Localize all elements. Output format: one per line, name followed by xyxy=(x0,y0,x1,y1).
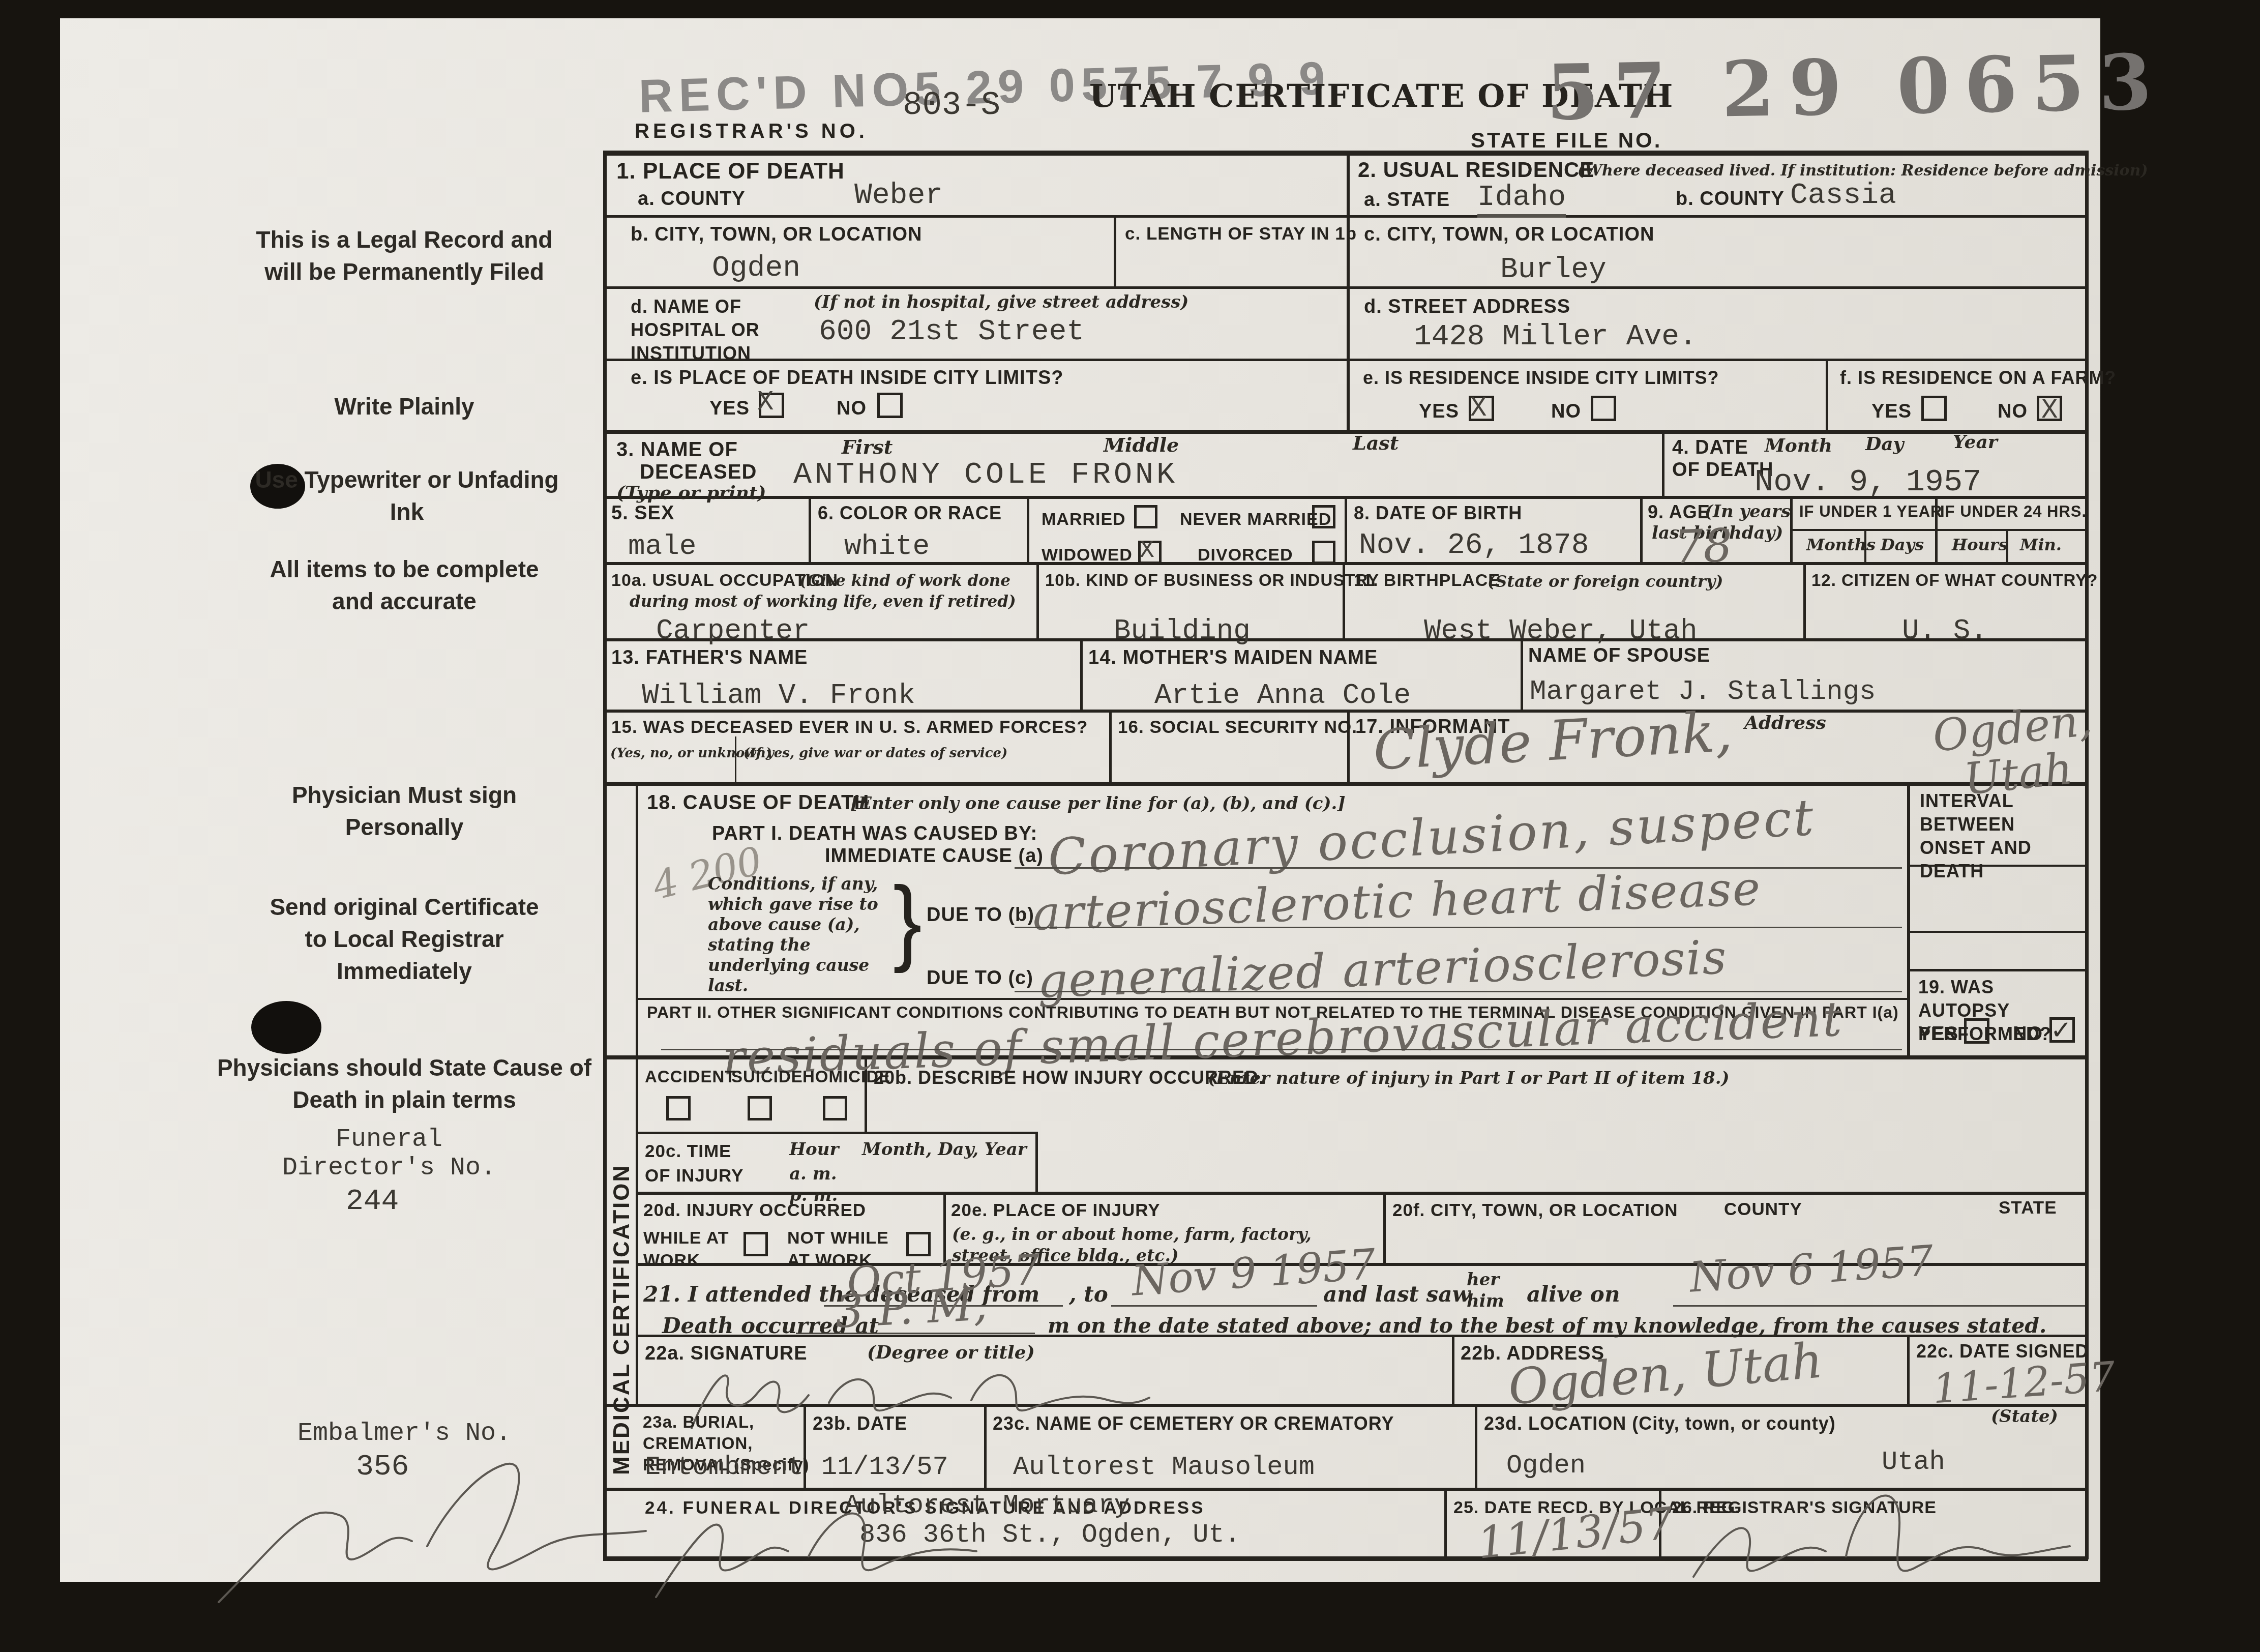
line xyxy=(1907,782,1910,1056)
s6-label: 6. COLOR OR RACE xyxy=(818,503,1002,524)
s13-label: 13. FATHER'S NAME xyxy=(611,647,808,669)
s23c-value: Aultorest Mausoleum xyxy=(1013,1452,1315,1482)
under1-head: IF UNDER 1 YEAR xyxy=(1799,503,1942,521)
funeral-director-no-value: 244 xyxy=(346,1185,399,1218)
s19-no-checkbox: ✓ xyxy=(2049,1017,2075,1043)
s4-year-label: Year xyxy=(1953,431,1998,453)
s1e-yes-label: YES xyxy=(709,398,750,420)
s18-due-c-label: DUE TO (c) xyxy=(927,967,1033,989)
s16-label: 16. SOCIAL SECURITY NO. xyxy=(1118,717,1357,737)
line xyxy=(603,151,2088,156)
s12-value: U. S. xyxy=(1902,614,1987,647)
s23d-state-hint: (State) xyxy=(1991,1406,2058,1427)
s20d-notwhile-checkbox xyxy=(906,1232,931,1256)
line xyxy=(603,286,2088,289)
s7-widowed-checkbox: X xyxy=(1138,541,1162,564)
s1e-no-label: NO xyxy=(837,398,867,420)
s2-heading-hint: (Where deceased lived. If institution: R… xyxy=(1578,162,2148,180)
s3-value: ANTHONY COLE FRONK xyxy=(793,458,1178,492)
line xyxy=(603,359,2088,361)
embalmer-no-label: Embalmer's No. xyxy=(298,1419,511,1448)
margin-note-send-original: Send original Certificate to Local Regis… xyxy=(262,891,547,987)
s1b-label: b. CITY, TOWN, OR LOCATION xyxy=(631,224,922,246)
s21-him-label: him xyxy=(1467,1291,1504,1311)
check-mark: ✓ xyxy=(2052,1012,2070,1048)
s1e-label: e. IS PLACE OF DEATH INSIDE CITY LIMITS? xyxy=(631,367,1063,389)
line xyxy=(1080,638,1083,712)
s1a-label: a. COUNTY xyxy=(638,188,746,210)
s7-never-married-label: NEVER MARRIED xyxy=(1180,510,1331,529)
s7-widowed-label: WIDOWED xyxy=(1042,545,1133,565)
s6-value: white xyxy=(844,530,930,563)
s23b-value: 11/13/57 xyxy=(821,1452,948,1482)
s23d-city-value: Ogden xyxy=(1506,1451,1586,1481)
s4-month-label: Month xyxy=(1765,435,1832,456)
s18-immediate-label: IMMEDIATE CAUSE (a) xyxy=(825,845,1044,867)
x-mark: X xyxy=(757,387,774,418)
s1a-value: Weber xyxy=(854,179,943,212)
s21-time-value: 3 P. M, xyxy=(834,1278,989,1338)
s1d-value: 600 21st Street xyxy=(819,315,1084,348)
state-file-number-stamp: 57 29 0653 xyxy=(1545,37,2167,137)
x-mark: X xyxy=(1140,537,1154,565)
s20f-county-label: COUNTY xyxy=(1724,1199,1802,1220)
s1b-value: Ogden xyxy=(712,252,800,285)
s3-label2: DECEASED xyxy=(640,461,757,484)
s7-divorced-checkbox xyxy=(1312,541,1335,564)
line xyxy=(1826,359,1828,432)
line xyxy=(1790,529,2088,531)
s2f-no-label: NO xyxy=(1998,401,2028,423)
s8-value: Nov. 26, 1878 xyxy=(1359,529,1589,562)
s1-heading: 1. PLACE OF DEATH xyxy=(616,159,845,184)
s9-value: 78 xyxy=(1673,519,1733,574)
s1d-label: d. NAME OF HOSPITAL OR INSTITUTION xyxy=(631,295,798,365)
s18-part1-label: PART I. DEATH WAS CAUSED BY: xyxy=(712,823,1037,845)
spouse-label: NAME OF SPOUSE xyxy=(1528,645,1710,667)
medical-certification-label: MEDICAL CERTIFICATION xyxy=(609,1164,635,1475)
s3-middle-label: Middle xyxy=(1104,433,1179,456)
funeral-director-no-label: Funeral xyxy=(336,1125,442,1154)
margin-note-plain-terms: Physicians should State Cause of Death i… xyxy=(211,1052,598,1116)
state-file-label: STATE FILE NO. xyxy=(1471,128,1662,153)
line xyxy=(1111,1305,1317,1307)
s20c-mdy-label: Month, Day, Year xyxy=(862,1139,1027,1160)
s21-causes-text: m on the date stated above; and to the b… xyxy=(1048,1313,2046,1338)
death-certificate-scan: This is a Legal Record and will be Perma… xyxy=(0,0,2260,1652)
s14-value: Artie Anna Cole xyxy=(1154,679,1411,712)
s2b-label: b. COUNTY xyxy=(1676,188,1785,210)
s3-first-label: First xyxy=(842,435,893,458)
line xyxy=(603,782,2088,786)
s20b-hint: (Enter nature of injury in Part I or Par… xyxy=(1208,1068,1730,1088)
line xyxy=(1114,215,1116,289)
margin-note-typewriter: Use Typewriter or Unfading Ink xyxy=(244,464,570,528)
line xyxy=(1015,867,1902,869)
line xyxy=(1907,931,2088,933)
x-mark: X xyxy=(2041,395,2058,426)
s20a-suicide-label: SUICIDE xyxy=(731,1067,803,1086)
margin-note-write-plainly: Write Plainly xyxy=(239,391,570,423)
line xyxy=(1109,710,1112,784)
line xyxy=(636,1192,2088,1195)
s18-bracket: [Enter only one cause per line for (a), … xyxy=(850,793,1346,814)
s19-yes-checkbox xyxy=(1964,1018,1989,1044)
line xyxy=(1452,1335,1454,1405)
line xyxy=(796,1333,1035,1334)
funeral-director-signature xyxy=(646,1495,1002,1607)
s2e-label: e. IS RESIDENCE INSIDE CITY LIMITS? xyxy=(1363,367,1719,389)
s2f-yes-checkbox xyxy=(1921,396,1947,421)
embalmer-signature xyxy=(188,1455,687,1607)
s21-aliveon-text: alive on xyxy=(1527,1282,1620,1307)
s15-label: 15. WAS DECEASED EVER IN U. S. ARMED FOR… xyxy=(611,717,1088,737)
s2d-value: 1428 Miller Ave. xyxy=(1414,320,1697,353)
s20f-state-label: STATE xyxy=(1999,1198,2057,1218)
s20c-label: 20c. TIME OF INJURY xyxy=(645,1139,762,1188)
s2d-label: d. STREET ADDRESS xyxy=(1364,296,1570,318)
s2e-no-checkbox xyxy=(1591,396,1616,421)
line xyxy=(809,496,811,565)
line xyxy=(1347,151,1350,433)
under1-months-label: Months xyxy=(1806,535,1876,554)
under1-days-label: Days xyxy=(1881,535,1924,554)
line xyxy=(603,638,2088,641)
s21-to-text: , to xyxy=(1069,1282,1108,1307)
line xyxy=(1475,1404,1477,1489)
s13-value: William V. Fronk xyxy=(642,679,915,712)
s2-heading: 2. USUAL RESIDENCE xyxy=(1358,158,1594,182)
s20d-while-checkbox xyxy=(744,1232,768,1256)
line xyxy=(636,782,638,1404)
registrars-no-label: REGISTRAR'S NO. xyxy=(635,120,868,143)
s23c-label: 23c. NAME OF CEMETERY OR CREMATORY xyxy=(993,1413,1394,1434)
s10a-hint1: (Give kind of work done xyxy=(799,572,1010,590)
line xyxy=(1345,496,1347,565)
s18-label: 18. CAUSE OF DEATH xyxy=(647,791,869,814)
s3-label3: (Type or print) xyxy=(616,482,766,504)
s2b-value: Cassia xyxy=(1790,179,1896,212)
s4-day-label: Day xyxy=(1865,433,1904,455)
s7-married-label: MARRIED xyxy=(1042,510,1126,529)
s23b-label: 23b. DATE xyxy=(813,1413,907,1434)
s10b-value: Building xyxy=(1114,614,1251,647)
s20c-am-label: a. m. xyxy=(789,1164,837,1184)
line xyxy=(1015,991,1902,992)
s23a-value: Entombment xyxy=(645,1452,804,1482)
s2f-no-checkbox: X xyxy=(2037,396,2062,421)
s1d-hint: (If not in hospital, give street address… xyxy=(814,292,1188,312)
s20d-while-label: WHILE AT WORK xyxy=(643,1227,740,1272)
s19-no-label: NO xyxy=(2013,1023,2043,1045)
s2f-label: f. IS RESIDENCE ON A FARM? xyxy=(1840,367,2116,389)
s4-value: Nov. 9, 1957 xyxy=(1755,464,1981,500)
interval-head: INTERVAL BETWEEN ONSET AND DEATH xyxy=(1920,789,2077,883)
line xyxy=(1035,1132,1038,1193)
under24-head: IF UNDER 24 HRS. xyxy=(1940,503,2087,521)
line xyxy=(636,1132,1035,1134)
s5-label: 5. SEX xyxy=(611,503,674,524)
margin-note-legal-record: This is a Legal Record and will be Perma… xyxy=(239,224,570,288)
line xyxy=(1444,1488,1447,1556)
line xyxy=(1662,430,1664,498)
line xyxy=(1383,1192,1386,1264)
s18-due-b-label: DUE TO (b) xyxy=(927,904,1034,926)
s11-hint: (State or foreign country) xyxy=(1488,572,1723,591)
s2c-label: c. CITY, TOWN, OR LOCATION xyxy=(1364,224,1654,246)
s7-married-checkbox xyxy=(1134,505,1157,528)
line xyxy=(1015,927,1902,928)
s5-value: male xyxy=(628,530,696,563)
s23d-label: 23d. LOCATION (City, town, or county) xyxy=(1484,1413,1836,1434)
s10a-value: Carpenter xyxy=(656,614,810,647)
s7-never-married-checkbox xyxy=(1312,505,1335,528)
s20a-homicide-checkbox xyxy=(823,1096,847,1120)
s2f-yes-label: YES xyxy=(1871,401,1912,423)
s19-yes-label: YES xyxy=(1918,1023,1958,1045)
funeral-director-no-label2: Director's No. xyxy=(282,1154,496,1183)
s17-address-label: Address xyxy=(1744,712,1826,733)
s20b-label: 20b. DESCRIBE HOW INJURY OCCURRED. xyxy=(874,1067,1264,1088)
s2e-yes-label: YES xyxy=(1419,401,1459,423)
line xyxy=(1640,496,1643,565)
s20a-suicide-checkbox xyxy=(748,1096,772,1120)
punch-hole xyxy=(251,1001,321,1054)
s2e-no-label: NO xyxy=(1551,401,1581,423)
line xyxy=(1673,1305,2085,1307)
s1e-yes-checkbox: X xyxy=(759,393,784,418)
line xyxy=(603,151,607,1559)
s8-label: 8. DATE OF BIRTH xyxy=(1354,503,1522,524)
s3-last-label: Last xyxy=(1353,431,1399,454)
x-mark: X xyxy=(1470,393,1486,424)
s2e-yes-checkbox: X xyxy=(1469,396,1494,421)
s12-label: 12. CITIZEN OF WHAT COUNTRY? xyxy=(1811,571,2098,590)
s21-lastsaw-text: and last saw xyxy=(1323,1282,1471,1307)
s2a-value: Idaho xyxy=(1477,181,1566,218)
line xyxy=(1027,496,1029,565)
s15-hint2: (If yes, give war or dates of service) xyxy=(744,746,1007,761)
s10b-label: 10b. KIND OF BUSINESS OR INDUSTRY xyxy=(1045,571,1379,590)
s23d-state-value: Utah xyxy=(1882,1447,1945,1477)
line xyxy=(661,1049,1902,1050)
s11-label: 11. BIRTHPLACE xyxy=(1354,571,1500,591)
s2c-value: Burley xyxy=(1500,253,1607,286)
s2a-label: a. STATE xyxy=(1364,189,1450,211)
s21-her-label: her xyxy=(1467,1270,1499,1290)
s3-label1: 3. NAME OF xyxy=(616,438,738,461)
s20f-label: 20f. CITY, TOWN, OR LOCATION xyxy=(1392,1200,1678,1221)
registrar-signature xyxy=(1678,1475,2085,1607)
line xyxy=(1803,562,1806,641)
s20a-accident-checkbox xyxy=(666,1096,691,1120)
s11-value: West Weber, Utah xyxy=(1424,614,1698,647)
line xyxy=(1907,1335,1910,1405)
s1c-label: c. LENGTH OF STAY IN 1b xyxy=(1125,224,1357,244)
line xyxy=(603,215,2088,218)
under24-hours-label: Hours xyxy=(1952,535,2008,554)
s10a-hint2: during most of working life, even if ret… xyxy=(630,593,1016,611)
s20c-hour-label: Hour xyxy=(789,1139,839,1160)
line xyxy=(1907,969,2088,971)
line xyxy=(1521,638,1523,712)
s7-divorced-label: DIVORCED xyxy=(1198,545,1293,565)
s1e-no-checkbox xyxy=(877,393,903,418)
s14-label: 14. MOTHER'S MAIDEN NAME xyxy=(1088,647,1378,669)
s18-brace: } xyxy=(893,866,922,976)
under24-min-label: Min. xyxy=(2020,535,2062,554)
s20e-label: 20e. PLACE OF INJURY xyxy=(951,1200,1161,1221)
line xyxy=(1036,562,1039,641)
s20d-label: 20d. INJURY OCCURRED xyxy=(643,1200,866,1221)
registrars-no-value: 803-S xyxy=(903,87,1000,124)
s18-conditions-label: Conditions, if any, which gave rise to a… xyxy=(708,874,896,996)
s20a-accident-label: ACCIDENT xyxy=(645,1067,736,1086)
margin-note-complete-accurate: All items to be complete and accurate xyxy=(262,553,547,617)
margin-note-physician-sign: Physician Must sign Personally xyxy=(262,779,547,843)
